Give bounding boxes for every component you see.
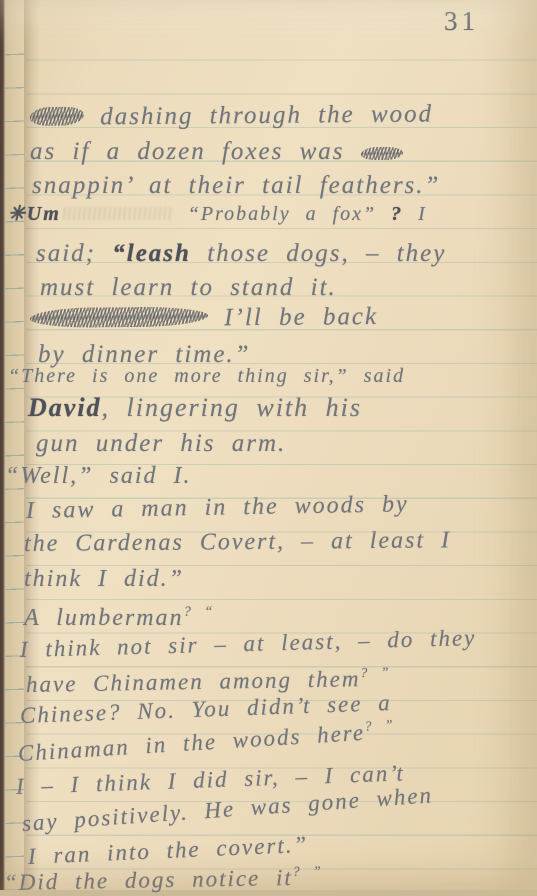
handwriting-text: “There is one more thing sir,” said (8, 365, 405, 387)
raised-question-mark: ? ” (293, 863, 322, 879)
handwritten-line: “There is one more thing sir,” said (8, 365, 405, 388)
handwriting-text: I’ll be back (208, 303, 378, 331)
scribble-strikeout-mark (28, 107, 86, 127)
raised-question-mark: ? ” (364, 717, 394, 734)
handwriting-text: “Did the dogs notice it (4, 865, 293, 890)
handwriting-text: by dinner time.” (38, 341, 251, 368)
handwriting-text: said; (36, 240, 112, 267)
handwritten-line: must learn to stand it. (40, 274, 337, 302)
handwriting-text: snappin’ at their tail feathers.” (32, 172, 440, 199)
handwriting-text: , lingering with his (102, 393, 362, 422)
handwriting-text: dashing through the wood (84, 100, 433, 130)
handwriting-text-dark: David (28, 393, 102, 422)
handwritten-line: I’ll be back (30, 303, 378, 334)
handwritten-line: “Did the dogs notice it? ” (4, 863, 322, 890)
notebook-page: 31 dashing through the woodas if a dozen… (0, 0, 537, 890)
handwriting-text: the Cardenas Covert, – at least I (24, 527, 451, 557)
handwritten-line: “Well,” said I. (5, 463, 191, 490)
scribble-strikeout-mark (28, 306, 210, 328)
handwriting-text: “Well,” said I. (5, 463, 191, 489)
erased-smudge (61, 207, 173, 220)
handwritten-line: I saw a man in the woods by (26, 491, 409, 525)
handwriting-text-dark: “leash (112, 240, 191, 267)
handwritten-line: the Cardenas Covert, – at least I (24, 527, 451, 558)
handwriting-text: those dogs, – they (191, 240, 446, 267)
raised-question-mark: ? ” (360, 665, 389, 681)
handwriting-text: I (403, 203, 427, 225)
handwritten-line: David, lingering with his (28, 393, 362, 423)
handwritten-line: ✳Um “Probably a fox” ? I (8, 201, 427, 226)
handwriting-text: A lumberman (24, 605, 184, 631)
handwritten-line: said; “leash those dogs, – they (36, 240, 446, 268)
scribble-strikeout-mark (359, 147, 404, 160)
handwritten-line: think I did.” (24, 566, 184, 593)
handwriting-text: as if a dozen foxes was (30, 138, 361, 165)
handwritten-line: dashing through the wood (30, 100, 433, 132)
handwriting-text: think I did.” (24, 566, 184, 592)
handwriting-text-dark: ✳Um (8, 203, 61, 225)
raised-question-mark: ? “ (184, 604, 214, 620)
handwritten-line: A lumberman? “ (24, 604, 213, 632)
handwriting-text-dark: ? (391, 203, 403, 225)
handwritten-line: snappin’ at their tail feathers.” (32, 172, 440, 200)
handwriting-text: must learn to stand it. (40, 274, 337, 301)
handwriting-text: “Probably a fox” (173, 203, 391, 225)
manuscript-lines: dashing through the woodas if a dozen fo… (0, 0, 537, 890)
handwriting-text: I saw a man in the woods by (26, 491, 409, 524)
handwriting-text: gun under his arm. (36, 430, 286, 457)
handwritten-line: as if a dozen foxes was (30, 138, 403, 166)
handwritten-line: gun under his arm. (36, 430, 286, 458)
